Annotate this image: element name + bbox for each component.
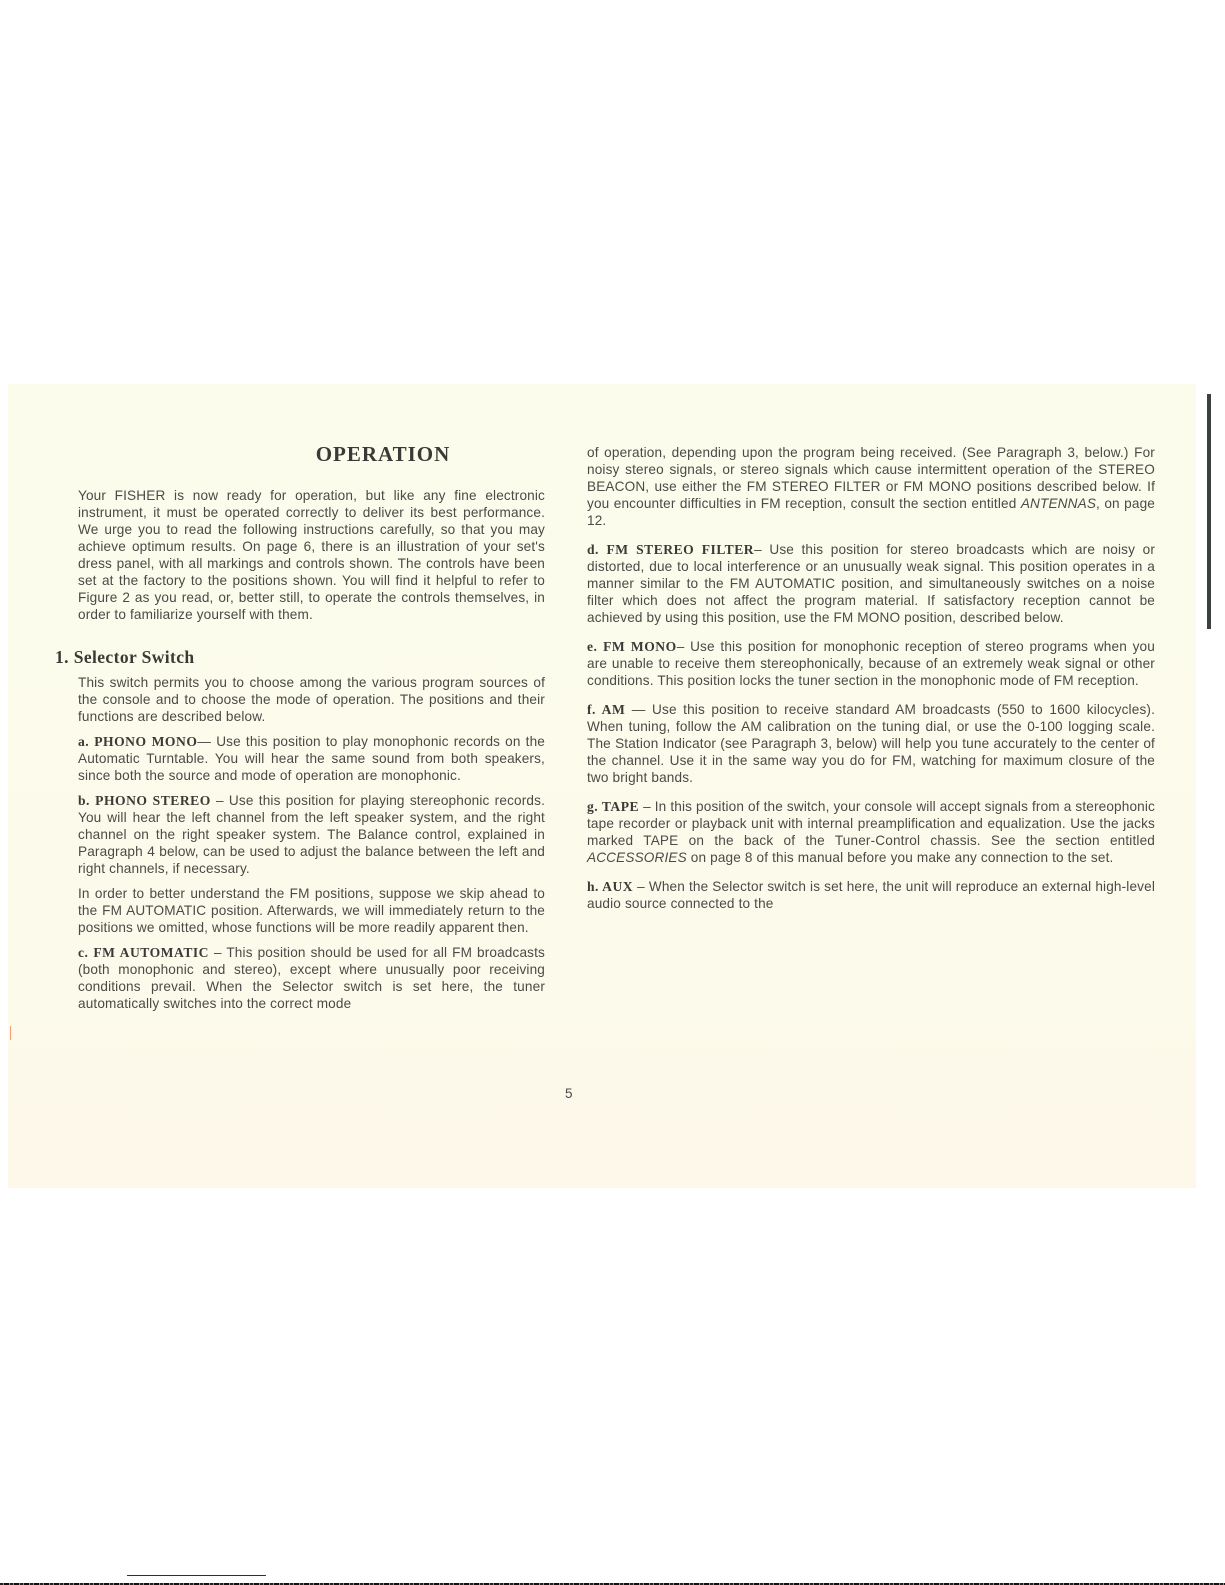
- item-label: g. TAPE: [587, 799, 639, 814]
- item-aux: h. AUX – When the Selector switch is set…: [587, 878, 1155, 912]
- antennas-reference: ANTENNAS: [1021, 496, 1096, 511]
- item-label: e. FM MONO: [587, 639, 677, 654]
- item-label: a. PHONO MONO: [78, 734, 197, 749]
- item-label: b. PHONO STEREO: [78, 793, 211, 808]
- page-number: 5: [565, 1086, 573, 1101]
- section-heading-selector-switch: 1. Selector Switch: [55, 647, 195, 668]
- item-label: c. FM AUTOMATIC: [78, 945, 209, 960]
- section-intro: This switch permits you to choose among …: [78, 674, 545, 725]
- intro-paragraph: Your FISHER is now ready for operation, …: [78, 487, 545, 623]
- accessories-reference: ACCESSORIES: [587, 850, 687, 865]
- page-edge-shadow: [1207, 394, 1211, 629]
- item-phono-mono: a. PHONO MONO— Use this position to play…: [78, 733, 545, 784]
- item-text-end: on page 8 of this manual before you make…: [687, 850, 1114, 865]
- item-label: h. AUX: [587, 879, 633, 894]
- item-text: — Use this position to receive standard …: [587, 702, 1155, 785]
- item-label: d. FM STEREO FILTER: [587, 542, 754, 557]
- item-phono-stereo: b. PHONO STEREO – Use this position for …: [78, 792, 545, 877]
- item-fm-mono: e. FM MONO– Use this position for monoph…: [587, 638, 1155, 689]
- link-underline[interactable]: [127, 1575, 266, 1576]
- item-label: f. AM: [587, 702, 625, 717]
- right-column: of operation, depending upon the program…: [587, 444, 1155, 920]
- item-text: – When the Selector switch is set here, …: [587, 879, 1155, 911]
- item-tape: g. TAPE – In this position of the switch…: [587, 798, 1155, 866]
- item-am: f. AM — Use this position to receive sta…: [587, 701, 1155, 786]
- margin-mark: [10, 1026, 11, 1040]
- item-fm-automatic: c. FM AUTOMATIC – This position should b…: [78, 944, 545, 1012]
- left-column: This switch permits you to choose among …: [78, 674, 545, 1020]
- interlude-paragraph: In order to better understand the FM pos…: [78, 885, 545, 936]
- continuation-paragraph: of operation, depending upon the program…: [587, 444, 1155, 529]
- item-text: – In this position of the switch, your c…: [587, 799, 1155, 848]
- item-fm-stereo-filter: d. FM STEREO FILTER– Use this position f…: [587, 541, 1155, 626]
